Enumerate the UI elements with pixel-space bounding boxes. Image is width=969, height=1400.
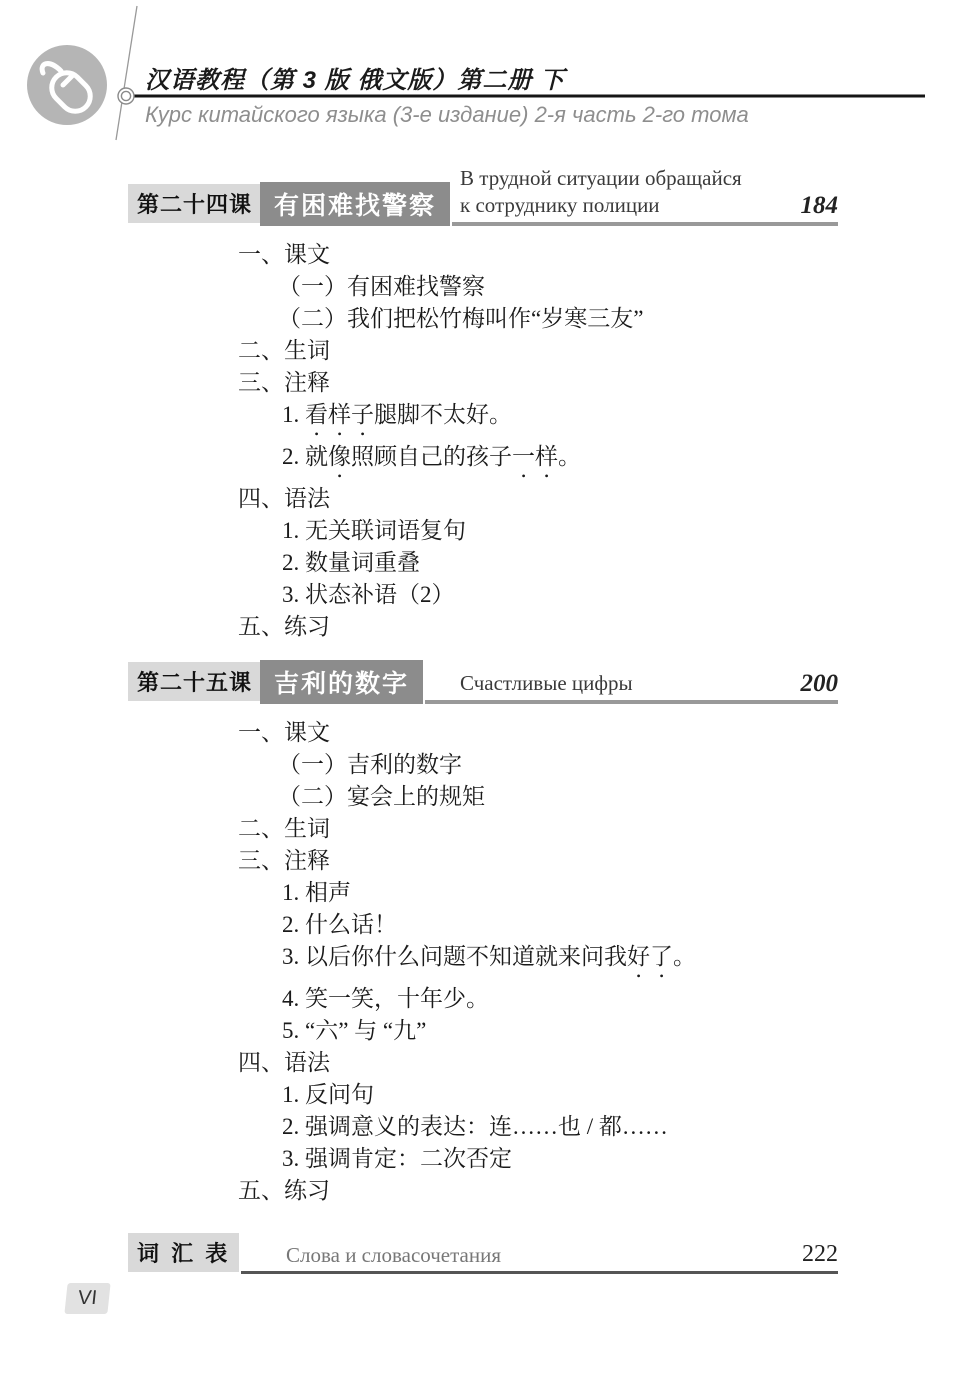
- toc-item: 2. 就像照顾自己的孩子一样。: [128, 441, 838, 483]
- toc-item-text: 3. 状态补语（2）: [282, 582, 455, 607]
- folio-page-number: VI: [64, 1283, 110, 1314]
- toc-item-text: 2. 数量词重叠: [282, 550, 420, 575]
- toc-item-text: 一、课文: [238, 242, 330, 267]
- book-contents-page: 汉语教程（第 3 版 俄文版）第二册 下 Курс китайского язы…: [0, 0, 969, 1400]
- toc-item-text: 。: [673, 944, 696, 969]
- toc-item: 一、课文: [128, 239, 838, 271]
- toc-item: （二）宴会上的规矩: [128, 781, 838, 813]
- toc-item: 四、语法: [128, 483, 838, 515]
- running-header: 汉语教程（第 3 版 俄文版）第二册 下 Курс китайского язы…: [0, 0, 969, 150]
- toc-item-text: 5. “六” 与 “九”: [282, 1018, 426, 1043]
- lesson-rule: [425, 700, 838, 704]
- lesson-number-badge: 第二十五课: [128, 662, 261, 701]
- toc-item: 4. 笑一笑，十年少。: [128, 983, 838, 1015]
- toc-item-text: 五、练习: [238, 1178, 330, 1203]
- lesson-toc-list: 一、课文（一）有困难找警察（二）我们把松竹梅叫作“岁寒三友”二、生词三、注释1.…: [128, 239, 838, 643]
- lesson-toc-list: 一、课文（一）吉利的数字（二）宴会上的规矩二、生词三、注释1. 相声2. 什么话…: [128, 717, 838, 1207]
- toc-item-text: 1.: [282, 402, 305, 427]
- toc-item-text: 。: [558, 444, 581, 469]
- toc-item-text: 一、课文: [238, 720, 330, 745]
- emphasized-text: 好了: [627, 944, 673, 969]
- toc-item-text: 二、生词: [238, 338, 330, 363]
- lesson-title-russian: В трудной ситуации обращайсяк сотруднику…: [460, 165, 742, 219]
- toc-item: 四、语法: [128, 1047, 838, 1079]
- toc-item: 五、练习: [128, 611, 838, 643]
- toc-item: 二、生词: [128, 335, 838, 367]
- lesson-entry: 第二十五课吉利的数字Счастливые цифры200一、课文（一）吉利的数…: [128, 646, 838, 1207]
- lesson-page-number: 200: [801, 670, 839, 698]
- toc-item-text: （一）有困难找警察: [278, 274, 485, 299]
- toc-item-text: 2. 就: [282, 444, 328, 469]
- toc-item-text: 四、语法: [238, 486, 330, 511]
- toc-item-text: （二）宴会上的规矩: [278, 784, 485, 809]
- toc-item: 二、生词: [128, 813, 838, 845]
- toc-item-text: 照顾自己的孩子: [351, 444, 512, 469]
- toc-item: 3. 强调肯定：二次否定: [128, 1143, 838, 1175]
- emphasized-text: 一样: [512, 444, 558, 469]
- emphasized-text: 像: [328, 444, 351, 469]
- toc-item-text: （一）吉利的数字: [278, 752, 462, 777]
- toc-item: 2. 什么话！: [128, 909, 838, 941]
- toc-item: 1. 相声: [128, 877, 838, 909]
- toc-item: 3. 以后你什么问题不知道就来问我好了。: [128, 941, 838, 983]
- lesson-title-badge: 有困难找警察: [260, 182, 450, 226]
- toc-item-text: 1. 反问句: [282, 1082, 374, 1107]
- lesson-title-badge: 吉利的数字: [260, 660, 423, 704]
- toc-item: 一、课文: [128, 717, 838, 749]
- vocabulary-page-number: 222: [802, 1241, 838, 1268]
- vocabulary-title-russian: Слова и словасочетания: [286, 1243, 501, 1268]
- toc-item: （一）有困难找警察: [128, 271, 838, 303]
- emphasized-text: 看样子: [305, 402, 374, 427]
- toc-item: （二）我们把松竹梅叫作“岁寒三友”: [128, 303, 838, 335]
- toc-item: 1. 反问句: [128, 1079, 838, 1111]
- vocabulary-badge: 词 汇 表: [128, 1233, 239, 1272]
- vocabulary-entry: 词 汇 表 Слова и словасочетания 222: [128, 1238, 838, 1274]
- toc-item: 2. 强调意义的表达：连……也 / 都……: [128, 1111, 838, 1143]
- vocabulary-rule: [241, 1271, 838, 1274]
- book-title-russian: Курс китайского языка (3-е издание) 2-я …: [145, 102, 749, 128]
- lesson-header: 第二十五课吉利的数字Счастливые цифры200: [128, 646, 838, 704]
- lesson-title-russian: Счастливые цифры: [460, 670, 633, 697]
- toc-item-text: 三、注释: [238, 848, 330, 873]
- toc-item-text: 三、注释: [238, 370, 330, 395]
- toc-item: 三、注释: [128, 845, 838, 877]
- toc-item: 5. “六” 与 “九”: [128, 1015, 838, 1047]
- toc-item: 1. 无关联词语复句: [128, 515, 838, 547]
- toc-item: 1. 看样子腿脚不太好。: [128, 399, 838, 441]
- toc-item-text: 3. 强调肯定：二次否定: [282, 1146, 512, 1171]
- toc-item-text: 1. 相声: [282, 880, 351, 905]
- toc-item-text: 1. 无关联词语复句: [282, 518, 466, 543]
- toc-item: 五、练习: [128, 1175, 838, 1207]
- lesson-header: 第二十四课有困难找警察В трудной ситуации обращайсяк…: [128, 168, 838, 226]
- toc-item: 3. 状态补语（2）: [128, 579, 838, 611]
- toc-item-text: 二、生词: [238, 816, 330, 841]
- toc-item-text: 3. 以后你什么问题不知道就来问我: [282, 944, 627, 969]
- book-title-chinese: 汉语教程（第 3 版 俄文版）第二册 下: [145, 60, 565, 95]
- toc-item-text: 2. 强调意义的表达：连……也 / 都……: [282, 1114, 668, 1139]
- toc-item: （一）吉利的数字: [128, 749, 838, 781]
- toc-item-text: （二）我们把松竹梅叫作“岁寒三友”: [278, 306, 643, 331]
- toc-item-text: 4. 笑一笑，十年少。: [282, 986, 489, 1011]
- lesson-page-number: 184: [801, 192, 839, 220]
- toc-item: 三、注释: [128, 367, 838, 399]
- lesson-number-badge: 第二十四课: [128, 184, 261, 223]
- lesson-rule: [452, 222, 838, 226]
- lesson-entry: 第二十四课有困难找警察В трудной ситуации обращайсяк…: [128, 168, 838, 643]
- toc-item: 2. 数量词重叠: [128, 547, 838, 579]
- toc-item-text: 腿脚不太好。: [374, 402, 512, 427]
- toc-item-text: 2. 什么话！: [282, 912, 397, 937]
- toc-item-text: 四、语法: [238, 1050, 330, 1075]
- toc-item-text: 五、练习: [238, 614, 330, 639]
